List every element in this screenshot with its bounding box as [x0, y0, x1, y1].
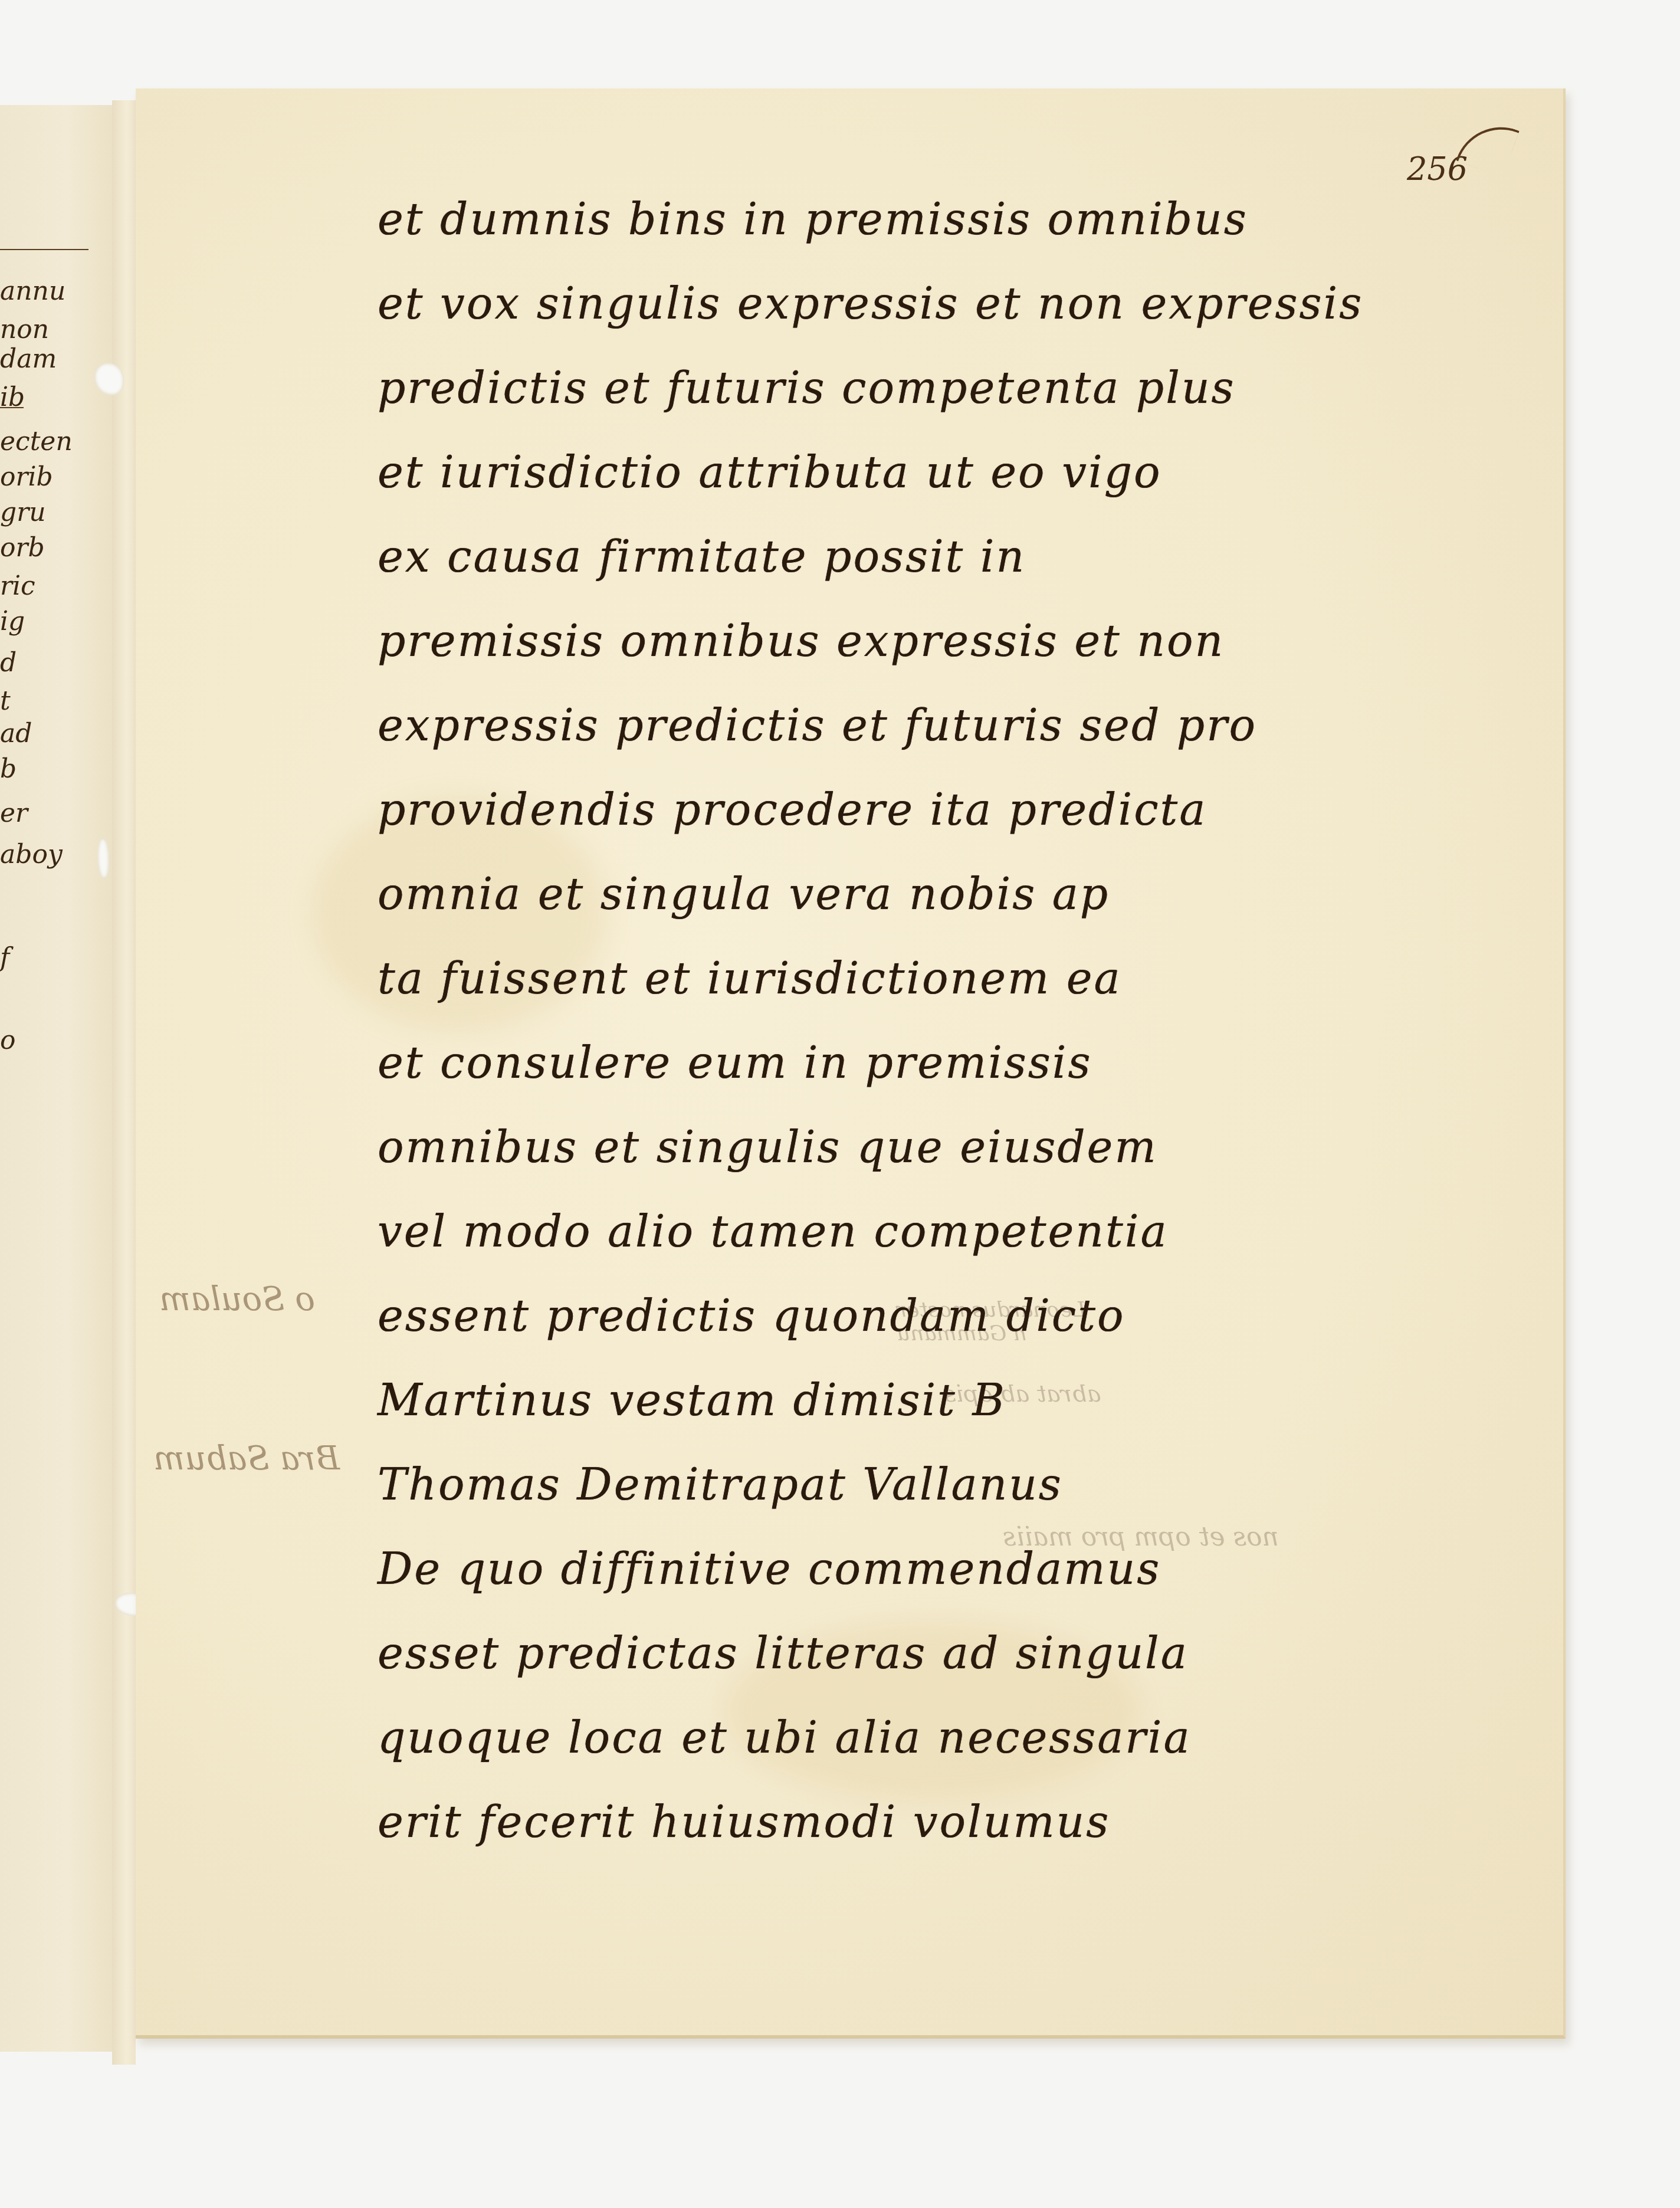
- manuscript-line: et dumnis bins in premissis omnibus: [378, 177, 1351, 261]
- facing-fragment: orb: [0, 533, 45, 563]
- line-text: Thomas Demitrapat Vallanus: [378, 1459, 1063, 1510]
- line-text: esset predictas litteras ad singula: [378, 1628, 1189, 1679]
- line-text: premissis omnibus expressis et non: [378, 616, 1225, 667]
- line-text: quoque loca et ubi alia necessaria: [378, 1712, 1192, 1763]
- manuscript-line: et iurisdictio attributa ut eo vigo: [378, 430, 1351, 514]
- manuscript-line: ex causa firmitate possit in: [378, 514, 1351, 599]
- manuscript-line: Thomas Demitrapat Vallanus: [378, 1442, 1351, 1527]
- facing-fragment: ric: [0, 571, 35, 601]
- facing-fragment: b: [0, 754, 17, 784]
- manuscript-line: essent predictis quondam dicto: [378, 1274, 1351, 1358]
- facing-fragment: f: [0, 943, 9, 973]
- facing-fragment: dam: [0, 344, 57, 374]
- facing-fragment: ecten: [0, 426, 73, 457]
- facing-fragment: non: [0, 314, 49, 345]
- line-text: ta fuissent et iurisdictionem ea: [378, 953, 1122, 1004]
- facing-fragment: d: [0, 648, 17, 678]
- manuscript-line: Martinus vestam dimisit B: [378, 1358, 1351, 1442]
- manuscript-line: premissis omnibus expressis et non: [378, 599, 1351, 683]
- facing-fragment: aboy: [0, 839, 63, 870]
- manuscript-line: predictis et futuris competenta plus: [378, 346, 1351, 430]
- line-text: vel modo alio tamen competentia: [378, 1206, 1169, 1257]
- paper-hole: [97, 838, 109, 879]
- facing-page-rule: [0, 249, 88, 250]
- facing-fragment: t: [0, 686, 11, 716]
- manuscript-scan: annu non dam ib ecten orib gru orb ric i…: [0, 0, 1680, 2208]
- line-text: essent predictis quondam dicto: [378, 1291, 1126, 1341]
- binding-gutter: [112, 100, 136, 2065]
- line-text: expressis predictis et futuris sed pro: [378, 700, 1257, 751]
- manuscript-line: ta fuissent et iurisdictionem ea: [378, 936, 1351, 1021]
- manuscript-line: expressis predictis et futuris sed pro: [378, 683, 1351, 767]
- facing-fragment: ad: [0, 718, 32, 749]
- facing-page-rule: [0, 407, 24, 408]
- facing-fragment: orib: [0, 462, 53, 492]
- manuscript-line: erit fecerit huiusmodi volumus: [378, 1780, 1351, 1864]
- line-text: et dumnis bins in premissis omnibus: [378, 194, 1248, 245]
- manuscript-line: De quo diffinitive commendamus: [378, 1527, 1351, 1611]
- line-text: et vox singulis expressis et non express…: [378, 278, 1363, 329]
- line-text: erit fecerit huiusmodi volumus: [378, 1797, 1110, 1848]
- line-text: providendis procedere ita predicta: [378, 785, 1207, 835]
- facing-fragment: annu: [0, 276, 65, 306]
- manuscript-line: quoque loca et ubi alia necessaria: [378, 1695, 1351, 1780]
- line-text: et consulere eum in premissis: [378, 1038, 1092, 1088]
- facing-fragment: o: [0, 1025, 16, 1055]
- manuscript-line: vel modo alio tamen competentia: [378, 1189, 1351, 1274]
- facing-fragment: gru: [0, 497, 46, 527]
- facing-page: annu non dam ib ecten orib gru orb ric i…: [0, 105, 113, 2052]
- line-text: Martinus vestam dimisit B: [378, 1375, 1006, 1426]
- manuscript-line: providendis procedere ita predicta: [378, 767, 1351, 852]
- line-text: omnibus et singulis que eiusdem: [378, 1122, 1158, 1173]
- line-text: ex causa firmitate possit in: [378, 532, 1026, 582]
- line-text: et iurisdictio attributa ut eo vigo: [378, 447, 1162, 498]
- facing-fragment: ig: [0, 606, 25, 637]
- manuscript-text-block: et dumnis bins in premissis omnibus et v…: [378, 177, 1351, 1864]
- manuscript-line: et vox singulis expressis et non express…: [378, 261, 1351, 346]
- manuscript-line: et consulere eum in premissis: [378, 1021, 1351, 1105]
- margin-note: Bra Sabum: [153, 1439, 340, 1478]
- manuscript-line: esset predictas litteras ad singula: [378, 1611, 1351, 1695]
- facing-fragment: er: [0, 798, 28, 828]
- manuscript-line: omnibus et singulis que eiusdem: [378, 1105, 1351, 1189]
- line-text: De quo diffinitive commendamus: [378, 1544, 1161, 1595]
- margin-note: o Soulam: [159, 1280, 315, 1318]
- manuscript-line: omnia et singula vera nobis ap: [378, 852, 1351, 936]
- line-text: omnia et singula vera nobis ap: [378, 869, 1110, 920]
- line-text: predictis et futuris competenta plus: [378, 363, 1236, 414]
